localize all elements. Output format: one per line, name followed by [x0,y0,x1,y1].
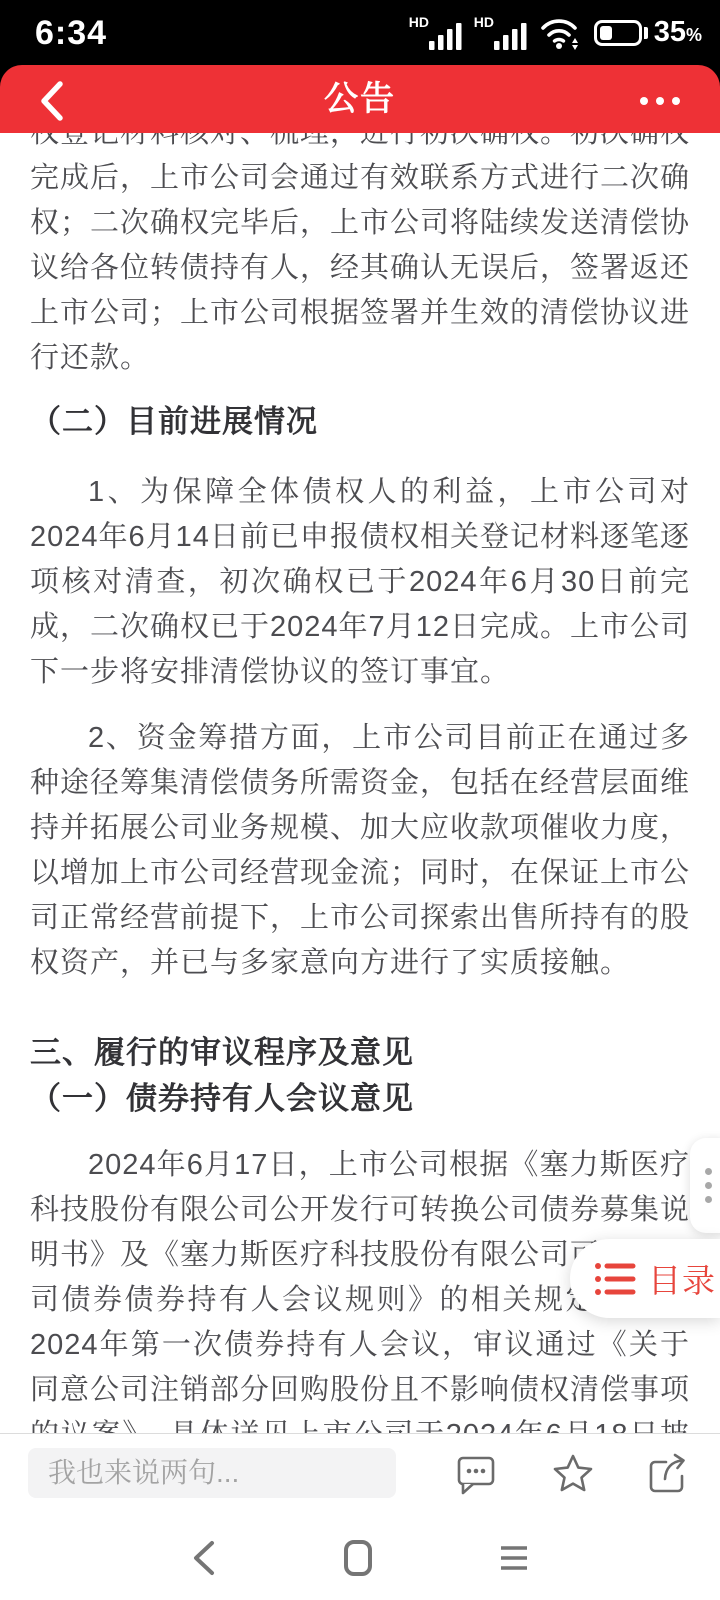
signal-bars-icon [494,22,528,50]
comment-bar [0,1433,720,1510]
section-heading-review-procedure: 三、履行的审议程序及意见 [30,1030,690,1075]
star-icon [551,1452,595,1496]
battery-fill [600,26,613,40]
toc-list-icon [594,1260,636,1298]
drag-dots-icon [705,1168,712,1175]
more-button[interactable] [628,85,692,117]
nav-back-button[interactable] [180,1534,228,1582]
share-icon [644,1452,688,1496]
drag-dots-icon [705,1182,712,1189]
status-bar: 6:34 HD HD [0,0,720,65]
phone-screen: 6:34 HD HD [0,0,720,1600]
paragraph-fund-raising: 2、资金筹措方面，上市公司目前正在通过多种途径筹集清偿债务所需资金，包括在经营层… [30,716,690,986]
share-button[interactable] [644,1452,688,1496]
nav-menu-icon [500,1544,528,1572]
toc-label: 目录 [648,1255,716,1302]
nav-chevron-left-icon [193,1540,215,1576]
cellular-signal-icon-2: HD [474,13,528,53]
section-heading-progress: （二）目前进展情况 [30,399,690,444]
battery-icon: 35% [594,16,702,49]
nav-home-button[interactable] [334,1534,382,1582]
side-drag-handle[interactable] [690,1138,720,1233]
hd-volte-label: HD [409,14,429,30]
nav-home-square-icon [344,1540,372,1576]
nav-recents-button[interactable] [490,1534,538,1582]
battery-percent: 35% [654,16,702,49]
ellipsis-icon [672,97,680,105]
announcement-body[interactable]: 权登记材料核对、梳理，进行初次确权。初次确权完成后，上市公司会通过有效联系方式进… [0,133,720,1433]
comment-input[interactable] [28,1448,396,1498]
ellipsis-icon [656,97,664,105]
comments-button[interactable] [454,1452,498,1496]
system-nav-bar [0,1510,720,1600]
drag-dots-icon [705,1196,712,1203]
section-heading-bondholder-meeting: （一）债券持有人会议意见 [30,1076,690,1121]
paragraph-confirmation-process: 权登记材料核对、梳理，进行初次确权。初次确权完成后，上市公司会通过有效联系方式进… [30,133,690,381]
app-header: 公告 [0,65,720,133]
cellular-signal-icon-1: HD [409,13,463,53]
wifi-icon [539,16,583,50]
hd-volte-label: HD [474,14,494,30]
page-title: 公告 [0,65,720,133]
favorite-button[interactable] [551,1452,595,1496]
toc-button[interactable]: 目录 [570,1239,720,1318]
comment-bubble-icon [456,1453,496,1495]
ellipsis-icon [640,97,648,105]
paragraph-claim-verification: 1、为保障全体债权人的利益，上市公司对2024年6月14日前已申报债权相关登记材… [30,470,690,695]
clock: 6:34 [35,14,107,53]
status-icons: HD HD [409,0,702,65]
signal-bars-icon [429,22,463,50]
